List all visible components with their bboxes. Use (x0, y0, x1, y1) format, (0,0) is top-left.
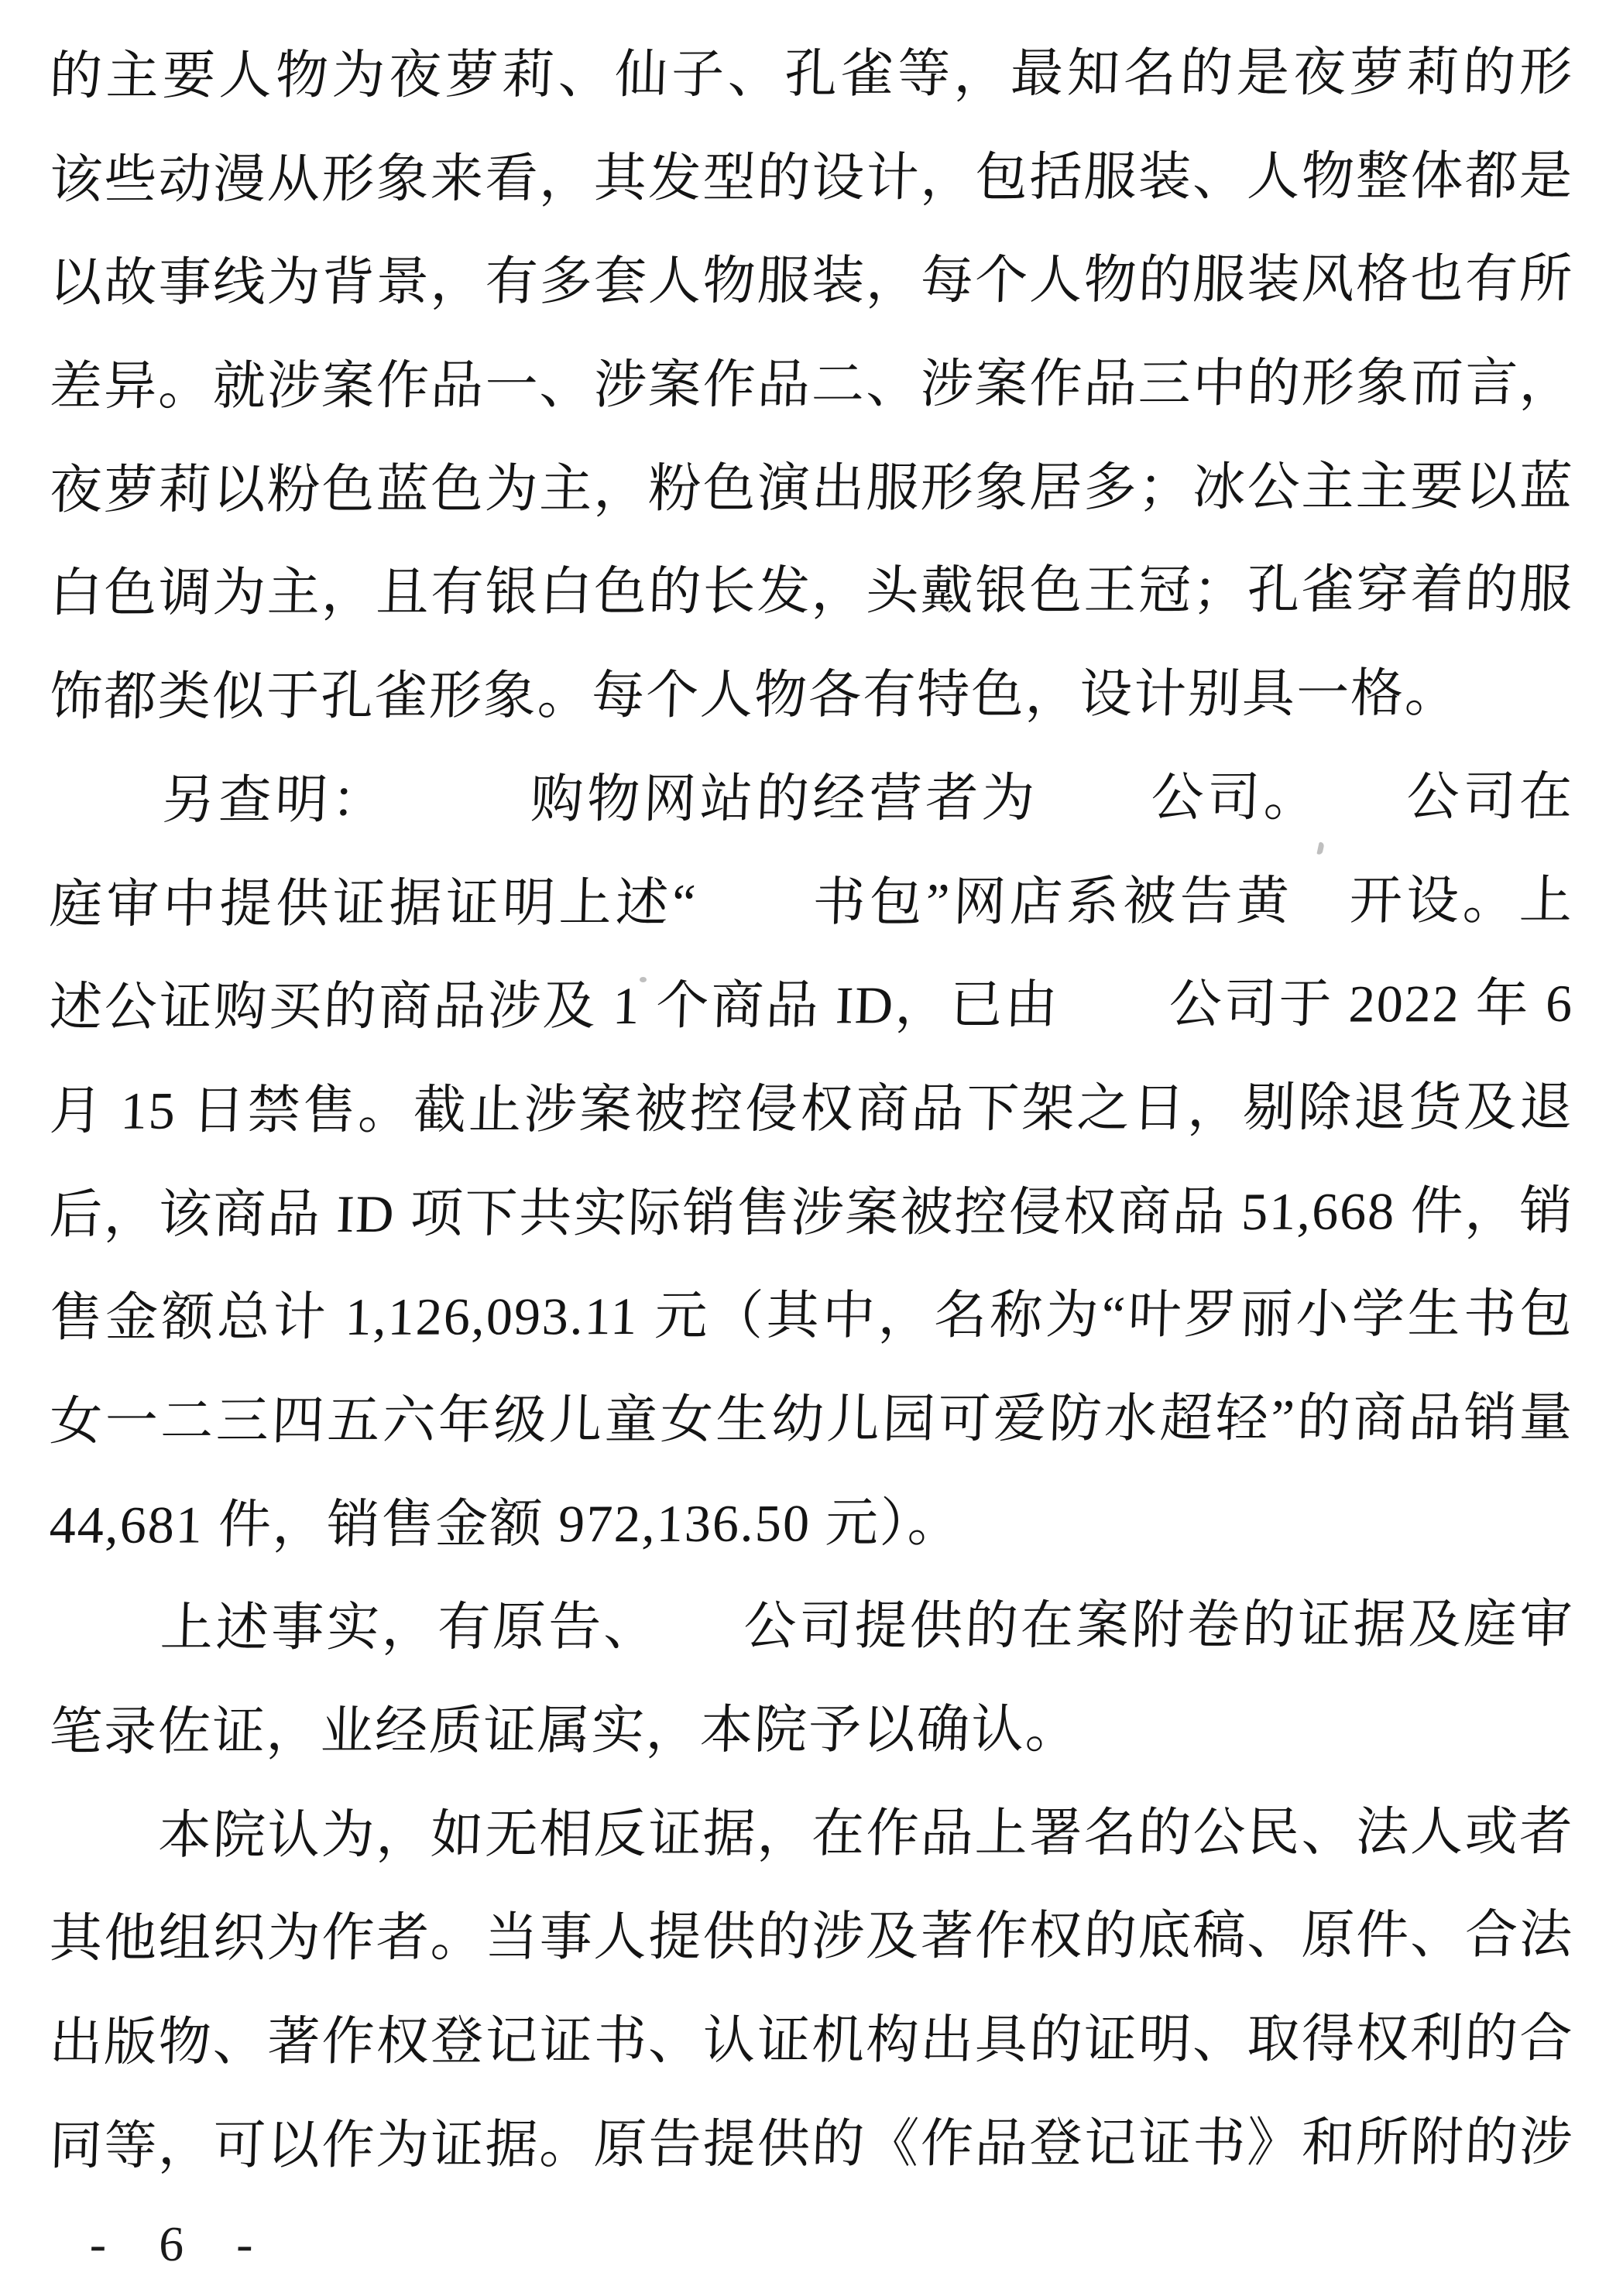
text-line: 其他组织为作者。当事人提供的涉及著作权的底稿、原件、合法 (48, 1883, 1575, 1991)
body-text: 的主要人物为夜萝莉、仙子、孔雀等，最知名的是夜萝莉的形象。 该些动漫从形象来看，… (50, 25, 1573, 2198)
text-line: 同等，可以作为证据。原告提供的《作品登记证书》和所附的涉 (48, 2091, 1575, 2198)
text-line: 饰都类似于孔雀形象。每个人物各有特色，设计别具一格。 (48, 642, 1575, 749)
text-line: 以故事线为背景，有多套人物服装，每个人物的服装风格也有所 (48, 228, 1575, 335)
text-line: 白色调为主，且有银白色的长发，头戴银色王冠；孔雀穿着的服 (48, 538, 1575, 646)
document-page: 的主要人物为夜萝莉、仙子、孔雀等，最知名的是夜萝莉的形象。 该些动漫从形象来看，… (0, 0, 1623, 2296)
text-line: 本院认为，如无相反证据，在作品上署名的公民、法人或者 (48, 1780, 1575, 1888)
text-line: 夜萝莉以粉色蓝色为主，粉色演出服形象居多；冰公主主要以蓝 (48, 435, 1575, 543)
text-line: 笔录佐证，业经质证属实，本院予以确认。 (48, 1677, 1575, 1784)
text-line: 售金额总计 1,126,093.11 元（其中，名称为“叶罗丽小学生书包 (48, 1263, 1575, 1370)
text-line: 女一二三四五六年级儿童女生幼儿园可爱防水超轻”的商品销量 (48, 1366, 1575, 1474)
text-line: 月 15 日禁售。截止涉案被控侵权商品下架之日，剔除退货及退款 (48, 1056, 1575, 1163)
text-line: 该些动漫从形象来看，其发型的设计，包括服装、人物整体都是 (48, 125, 1575, 232)
text-line: 后，该商品 ID 项下共实际销售涉案被控侵权商品 51,668 件，销 (48, 1159, 1575, 1266)
text-line: 差异。就涉案作品一、涉案作品二、涉案作品三中的形象而言， (48, 331, 1575, 439)
text-line: 的主要人物为夜萝莉、仙子、孔雀等，最知名的是夜萝莉的形象。 (48, 21, 1575, 129)
text-line: 庭审中提供证据证明上述“ 书包”网店系被告黄 开设。上 (48, 848, 1575, 956)
scan-artifact (640, 977, 647, 982)
text-line: 述公证购买的商品涉及 1 个商品 ID，已由 公司于 2022 年 6 (48, 952, 1575, 1060)
text-line: 上述事实，有原告、 公司提供的在案附卷的证据及庭审 (48, 1573, 1575, 1681)
text-line: 出版物、著作权登记证书、认证机构出具的证明、取得权利的合 (48, 1987, 1575, 2095)
text-line: 44,681 件，销售金额 972,136.50 元）。 (48, 1469, 1575, 1577)
page-number: - 6 - (89, 2215, 274, 2273)
text-line: 另查明： 购物网站的经营者为 公司。 公司在 (48, 745, 1575, 853)
